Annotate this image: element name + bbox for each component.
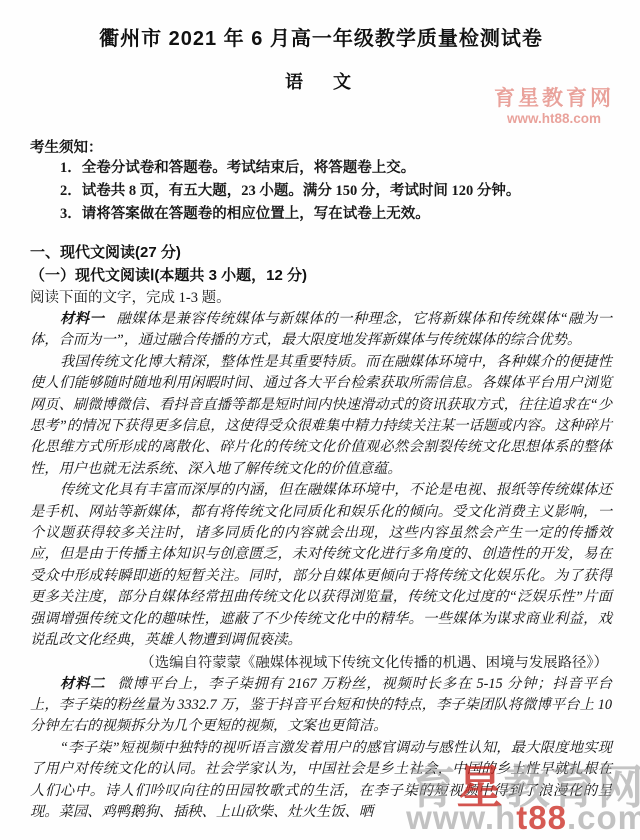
notice-item-1: 1．全卷分试卷和答题卷。考试结束后，将答题卷上交。 <box>60 157 612 180</box>
candidate-notice: 考生须知： 1．全卷分试卷和答题卷。考试结束后，将答题卷上交。 2．试卷共 8 … <box>30 136 612 226</box>
section-modern-reading: 一、现代文阅读(27 分) （一）现代文阅读Ⅰ(本题共 3 小题，12 分) 阅… <box>30 241 612 309</box>
material-two-para2: “李子柒”短视频中独特的视听语言激发着用户的感官调动与感性认知，最大限度地实现了… <box>30 738 612 824</box>
exam-paper-page: 衢州市 2021 年 6 月高一年级教学质量检测试卷 语 文 考生须知： 1．全… <box>0 0 640 840</box>
sub-heading: （一）现代文阅读Ⅰ(本题共 3 小题，12 分) <box>30 264 612 287</box>
notice-heading: 考生须知： <box>30 136 612 157</box>
page-content: 衢州市 2021 年 6 月高一年级教学质量检测试卷 语 文 考生须知： 1．全… <box>0 0 640 823</box>
notice-item-3: 3．请将答案做在答题卷的相应位置上，写在试卷上无效。 <box>60 203 612 226</box>
notice-item-2: 2．试卷共 8 页，有五大题，23 小题。满分 150 分，考试时间 120 分… <box>60 180 612 203</box>
material-one-para2: 我国传统文化博大精深，整体性是其重要特质。而在融媒体环境中，各种媒介的便捷性使人… <box>30 352 612 480</box>
material-one-intro-text: 融媒体是兼容传统媒体与新媒体的一种理念，它将新媒体和传统媒体“融为一体，合而为一… <box>30 311 612 348</box>
material-one-label: 材料一 <box>60 311 104 327</box>
part-heading: 一、现代文阅读(27 分) <box>30 241 612 264</box>
material-two-intro: 材料二微博平台上，李子柒拥有 2167 万粉丝，视频时长多在 5-15 分钟；抖… <box>30 674 612 738</box>
reading-instruction: 阅读下面的文字，完成 1-3 题。 <box>30 287 612 309</box>
page-title: 衢州市 2021 年 6 月高一年级教学质量检测试卷 <box>30 22 612 51</box>
subject-title: 语 文 <box>30 68 612 94</box>
material-one-para3: 传统文化具有丰富而深厚的内涵，但在融媒体环境中，不论是电视、报纸等传统媒体还是手… <box>30 480 612 651</box>
material-two-label: 材料二 <box>60 676 105 692</box>
material-two-intro-text: 微博平台上，李子柒拥有 2167 万粉丝，视频时长多在 5-15 分钟；抖音平台… <box>30 676 612 735</box>
material-one-intro: 材料一融媒体是兼容传统媒体与新媒体的一种理念，它将新媒体和传统媒体“融为一体，合… <box>30 309 612 352</box>
material-one-attribution: （选编自符蒙蒙《融媒体视域下传统文化传播的机遇、困境与发展路径》） <box>30 652 612 674</box>
